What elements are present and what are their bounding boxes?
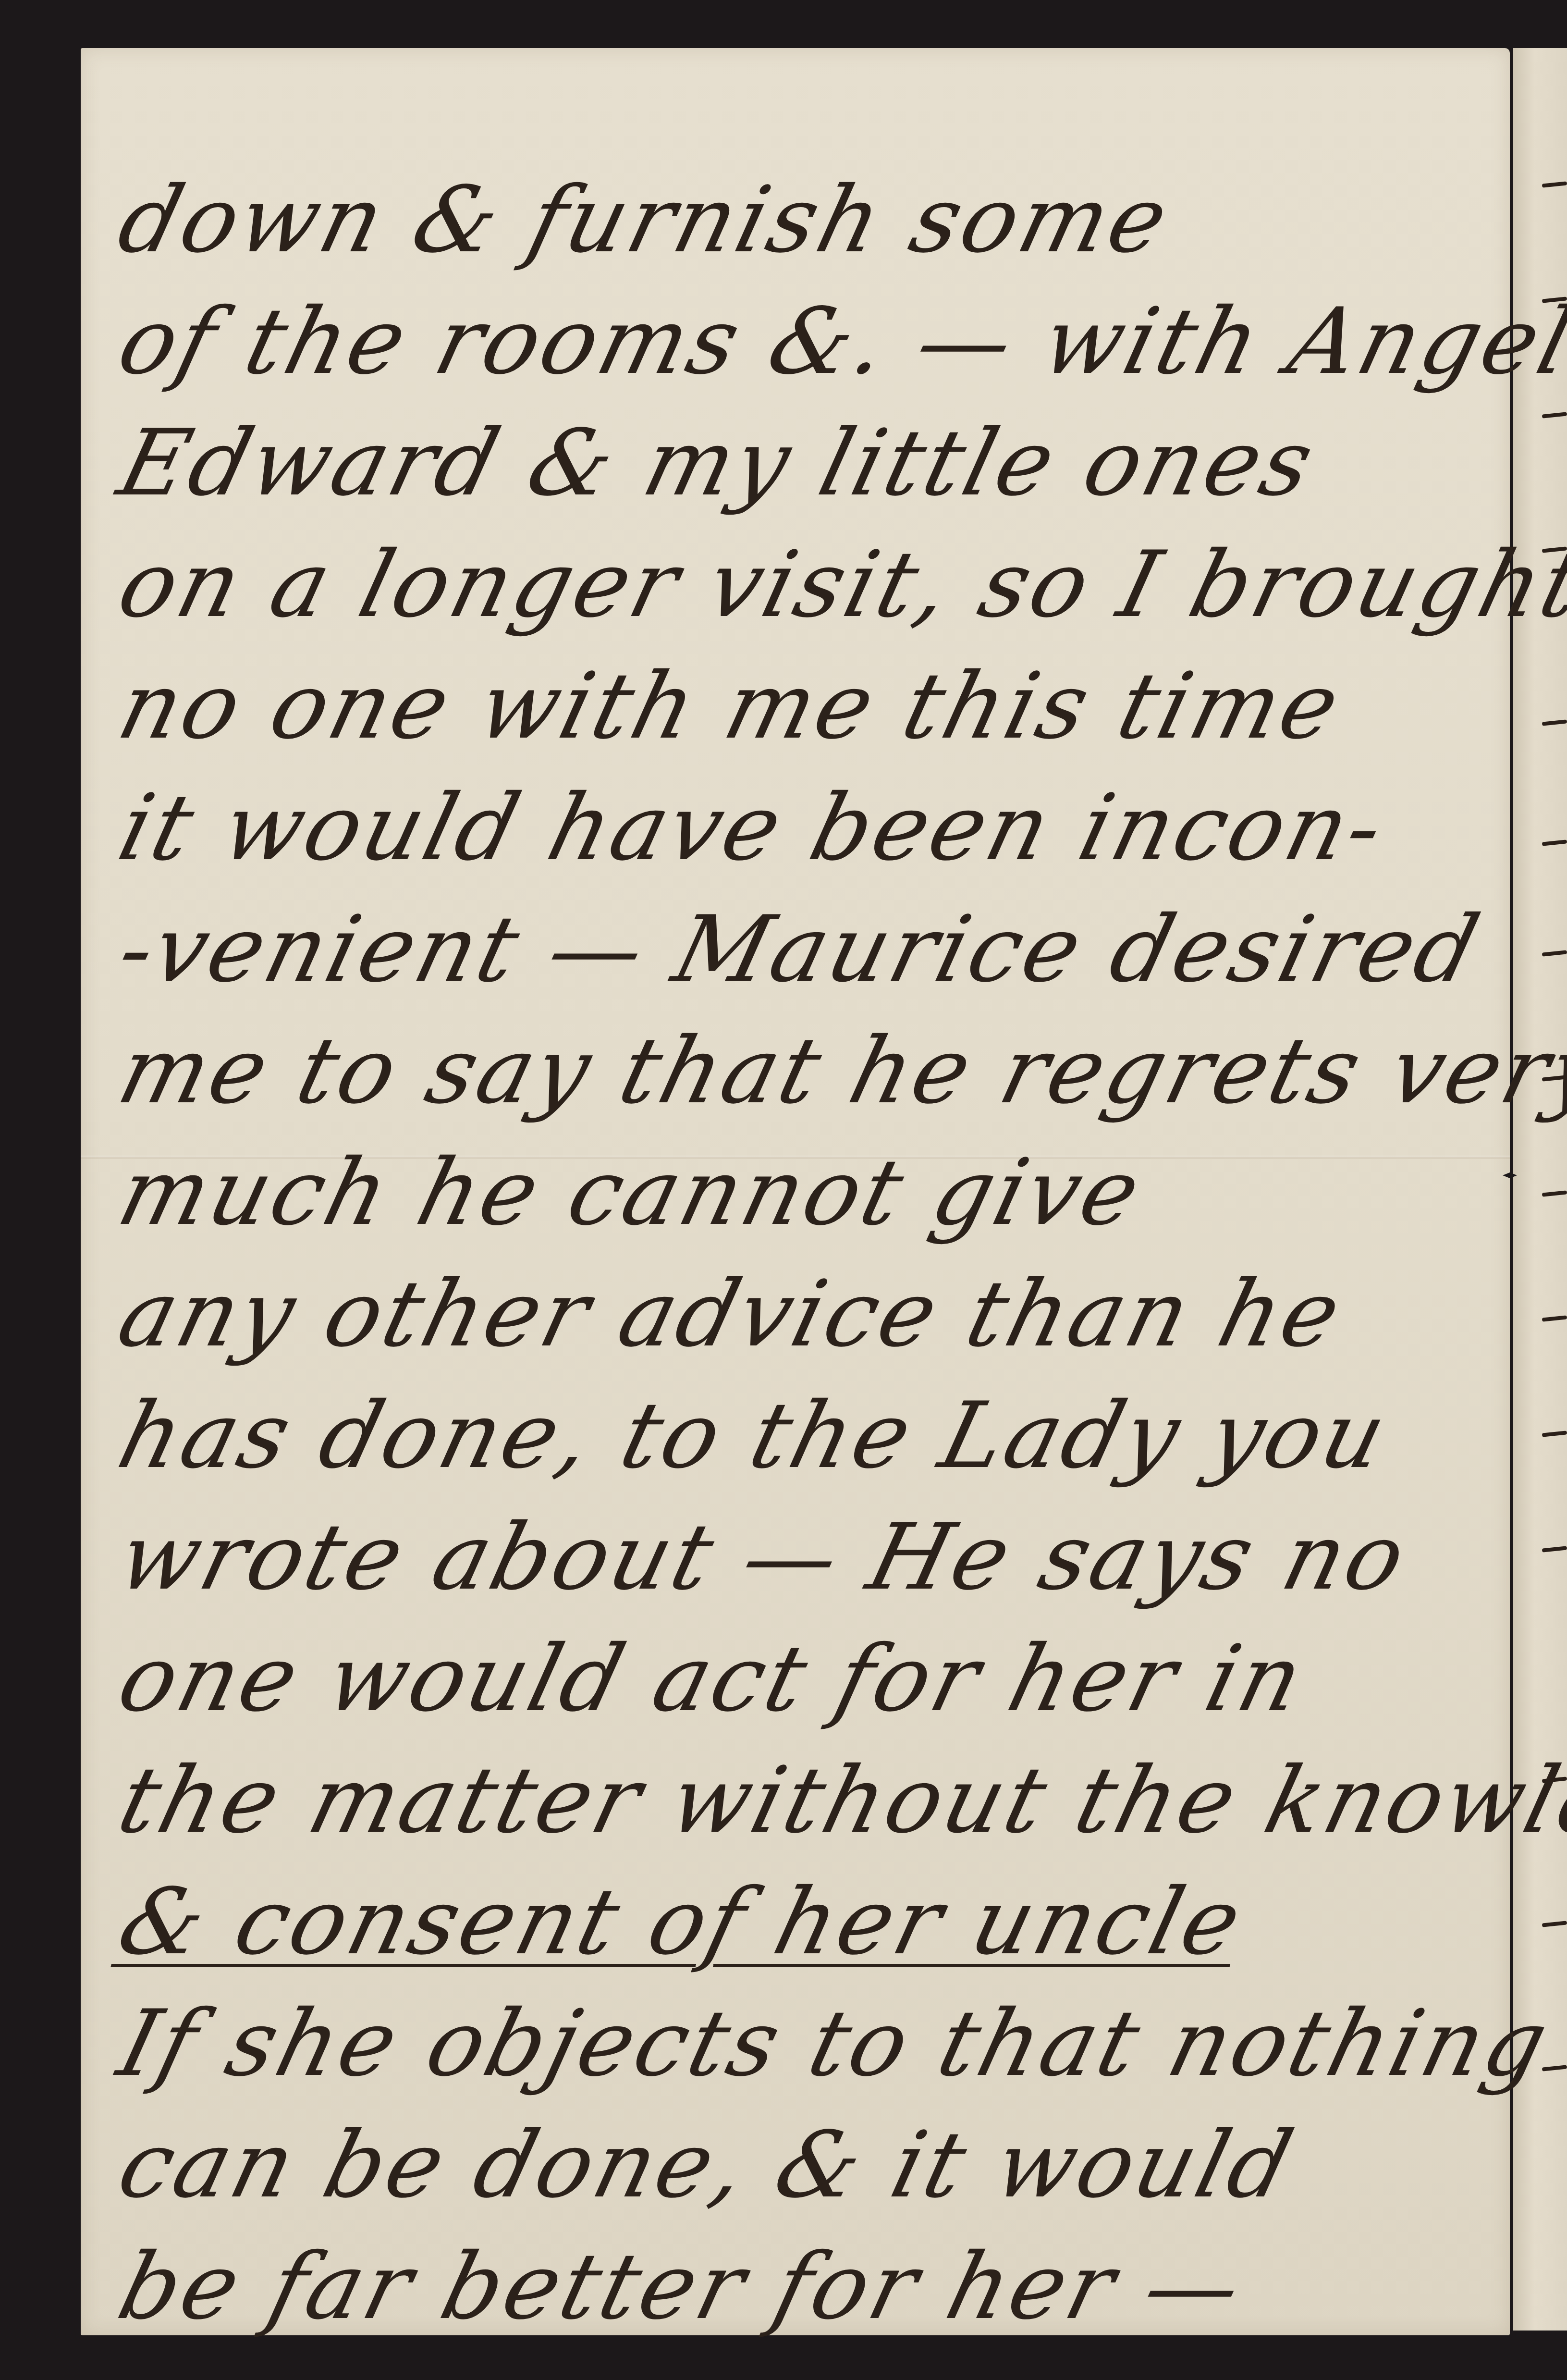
text-line-8: me to say that he regrets very <box>110 995 1519 1117</box>
handwritten-text: down & furnish some of the rooms &. — wi… <box>110 144 1489 2332</box>
text-line-12: wrote about — He says no <box>110 1481 1519 1603</box>
text-line-1: down & furnish some <box>110 144 1519 266</box>
text-line-13: one would act for her in <box>110 1603 1519 1725</box>
text-line-17: can be done, & it would <box>110 2089 1519 2211</box>
text-line-11: has done, to the Lady you <box>110 1360 1519 1481</box>
ink-stroke <box>1542 839 1567 846</box>
text-line-15: & consent of her uncle <box>110 1846 1519 1968</box>
ink-stroke <box>1542 719 1567 726</box>
text-line-14: the matter without the knowledge <box>110 1725 1519 1846</box>
ink-stroke <box>1542 1430 1567 1437</box>
text-line-7: -venient — Maurice desired <box>110 874 1519 995</box>
text-line-6: it would have been incon- <box>110 752 1519 874</box>
ink-stroke <box>1542 950 1567 956</box>
ink-stroke <box>1542 1190 1567 1196</box>
text-line-2: of the rooms &. — with Angela <box>110 266 1519 387</box>
text-line-5: no one with me this time <box>110 630 1519 752</box>
ink-stroke <box>1542 2065 1567 2071</box>
text-line-3: Edward & my little ones <box>110 387 1519 509</box>
text-line-9: much he cannot give <box>110 1117 1519 1238</box>
text-line-18: be far better for her — <box>110 2211 1519 2332</box>
ink-stroke <box>1542 181 1567 187</box>
text-line-4: on a longer visit, so I brought <box>110 509 1519 630</box>
ink-stroke <box>1542 412 1567 418</box>
text-line-10: any other advice than he <box>110 1238 1519 1360</box>
ink-stroke <box>1542 1315 1567 1321</box>
ink-stroke <box>1542 1921 1567 1927</box>
text-line-16: If she objects to that nothing <box>110 1968 1519 2089</box>
ink-stroke <box>1542 1546 1567 1552</box>
